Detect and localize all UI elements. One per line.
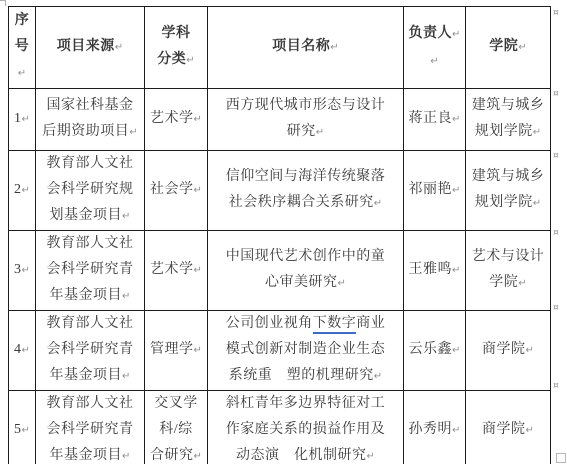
paragraph-mark-icon: ↵	[374, 198, 382, 209]
leader-name: 蒋正良	[409, 111, 453, 126]
leader-name: 王雅鸣	[409, 262, 453, 277]
discipline: 社会学	[150, 182, 194, 197]
header-college-label: 学院	[489, 39, 518, 54]
project-source: 教育部人文社 会科学研究青 年基金项目	[47, 396, 134, 463]
leader-name: 祁丽艳	[409, 182, 453, 197]
cell-r3-source[interactable]: 教育部人文社 会科学研究青 年基金项目↵	[36, 231, 145, 311]
end-of-row-mark-icon: ¤	[553, 382, 559, 391]
cell-r3-leader[interactable]: 王雅鸣↵	[404, 231, 466, 311]
project-name: 西方现代城市形态与设计 研究	[226, 98, 386, 139]
cell-r3-name[interactable]: 中国现代艺术创作中的童 心审美研究↵	[208, 231, 404, 311]
end-of-row-mark-icon: ¤	[553, 9, 559, 18]
cell-r1-index[interactable]: 1↵	[9, 89, 36, 151]
table-resize-handle[interactable]	[556, 453, 566, 463]
cell-r5-college[interactable]: 商学院↵	[466, 391, 551, 464]
paragraph-mark-icon: ↵	[452, 265, 460, 276]
paragraph-mark-icon: ↵	[115, 42, 123, 53]
cell-r1-college[interactable]: 建筑与城乡 规划学院↵	[466, 89, 551, 151]
project-name: 斜杠青年多边界特征对工 作家庭关系的损益作用及 动态演 化机制研究	[226, 396, 386, 463]
paragraph-mark-icon: ↵	[129, 127, 137, 138]
end-of-row-mark-icon: ¤	[553, 152, 559, 161]
paragraph-mark-icon: ↵	[22, 114, 30, 125]
cell-r2-discipline[interactable]: 社会学↵	[145, 151, 208, 231]
cell-r5-discipline[interactable]: 交叉学 科/综 合研究↵	[145, 391, 208, 464]
header-index-label: 序 号	[15, 13, 30, 54]
paragraph-mark-icon: ↵	[533, 198, 541, 209]
cell-r4-index[interactable]: 4↵	[9, 311, 36, 391]
paragraph-mark-icon: ↵	[430, 56, 438, 67]
cell-r4-leader[interactable]: 云乐鑫↵	[404, 311, 466, 391]
project-source: 教育部人文社 会科学研究青 年基金项目	[47, 236, 134, 303]
discipline: 艺术学	[150, 111, 194, 126]
leader-name: 孙秀明	[409, 422, 453, 437]
leader-name: 云乐鑫	[409, 342, 453, 357]
paragraph-mark-icon: ↵	[330, 42, 338, 53]
paragraph-mark-icon: ↵	[526, 425, 534, 436]
college-name: 商学院	[482, 342, 526, 357]
paragraph-mark-icon: ↵	[452, 345, 460, 356]
row-index: 3	[14, 262, 22, 277]
project-source: 教育部人文社 会科学研究青 年基金项目	[47, 316, 134, 383]
paragraph-mark-icon: ↵	[122, 211, 130, 222]
header-cell-leader[interactable]: 负责人↵↵	[404, 7, 466, 89]
paragraph-mark-icon: ↵	[194, 265, 202, 276]
paragraph-mark-icon: ↵	[22, 345, 30, 356]
cell-r5-leader[interactable]: 孙秀明↵	[404, 391, 466, 464]
discipline: 管理学	[150, 342, 194, 357]
paragraph-mark-icon: ↵	[452, 185, 460, 196]
college-name: 商学院	[482, 422, 526, 437]
table-row: 5↵ 教育部人文社 会科学研究青 年基金项目↵ 交叉学 科/综 合研究↵ 斜杠青…	[9, 391, 551, 464]
discipline: 交叉学 科/综 合研究	[150, 396, 198, 463]
paragraph-mark-icon: ↵	[186, 55, 194, 66]
cell-r5-source[interactable]: 教育部人文社 会科学研究青 年基金项目↵	[36, 391, 145, 464]
cell-r4-discipline[interactable]: 管理学↵	[145, 311, 208, 391]
paragraph-mark-icon: ↵	[452, 114, 460, 125]
paragraph-mark-icon: ↵	[452, 29, 460, 40]
table-row: 4↵ 教育部人文社 会科学研究青 年基金项目↵ 管理学↵ 公司创业视角下数字商业…	[9, 311, 551, 391]
paragraph-mark-icon: ↵	[18, 68, 26, 79]
project-source: 教育部人文社 会科学研究规 划基金项目	[47, 156, 134, 223]
college-name: 艺术与设计 学院	[472, 249, 545, 290]
paragraph-mark-icon: ↵	[526, 345, 534, 356]
row-index: 1	[14, 111, 22, 126]
paragraph-mark-icon: ↵	[518, 42, 526, 53]
end-of-row-mark-icon: ¤	[553, 90, 559, 99]
paragraph-mark-icon: ↵	[452, 425, 460, 436]
paragraph-mark-icon: ↵	[533, 127, 541, 138]
cell-r4-name[interactable]: 公司创业视角下数字商业 模式创新对制造企业生态 系统重 塑的机理研究↵	[208, 311, 404, 391]
end-of-row-mark-icon: ¤	[553, 304, 559, 313]
paragraph-mark-icon: ↵	[194, 451, 202, 462]
document-page: 序 号↵ 项目来源↵ 学科 分类↵ 项目名称↵ 负责人↵↵ 学院↵ 1↵ 国家社…	[0, 0, 567, 464]
cell-r2-name[interactable]: 信仰空间与海洋传统聚落 社会秩序耦合关系研究↵	[208, 151, 404, 231]
project-name: 中国现代艺术创作中的童 心审美研究	[226, 249, 386, 290]
cell-r2-source[interactable]: 教育部人文社 会科学研究规 划基金项目↵	[36, 151, 145, 231]
cell-r5-name[interactable]: 斜杠青年多边界特征对工 作家庭关系的损益作用及 动态演 化机制研究↵	[208, 391, 404, 464]
project-name: 信仰空间与海洋传统聚落 社会秩序耦合关系研究	[226, 169, 386, 210]
header-source-label: 项目来源	[57, 39, 115, 54]
row-index: 4	[14, 342, 22, 357]
paragraph-mark-icon: ↵	[22, 265, 30, 276]
header-leader-label: 负责人	[409, 26, 453, 41]
header-cell-index[interactable]: 序 号↵	[9, 7, 36, 89]
paragraph-mark-icon: ↵	[374, 371, 382, 382]
paragraph-mark-icon: ↵	[122, 291, 130, 302]
cell-r1-name[interactable]: 西方现代城市形态与设计 研究↵	[208, 89, 404, 151]
underlined-text: 下数字	[313, 316, 357, 334]
paragraph-mark-icon: ↵	[338, 278, 346, 289]
cell-r5-index[interactable]: 5↵	[9, 391, 36, 464]
project-source: 国家社科基金 后期资助项目	[42, 98, 133, 139]
paragraph-mark-icon: ↵	[194, 114, 202, 125]
paragraph-mark-icon: ↵	[22, 185, 30, 196]
paragraph-mark-icon: ↵	[122, 371, 130, 382]
header-cell-college[interactable]: 学院↵	[466, 7, 551, 89]
paragraph-mark-icon: ↵	[518, 278, 526, 289]
table-row: 2↵ 教育部人文社 会科学研究规 划基金项目↵ 社会学↵ 信仰空间与海洋传统聚落…	[9, 151, 551, 231]
cell-r3-index[interactable]: 3↵	[9, 231, 36, 311]
table-anchor-mark-icon	[0, 0, 6, 6]
header-cell-source[interactable]: 项目来源↵	[36, 7, 145, 89]
paragraph-mark-icon: ↵	[122, 451, 130, 462]
cell-r4-source[interactable]: 教育部人文社 会科学研究青 年基金项目↵	[36, 311, 145, 391]
paragraph-mark-icon: ↵	[194, 185, 202, 196]
cell-r1-source[interactable]: 国家社科基金 后期资助项目↵	[36, 89, 145, 151]
end-of-row-mark-icon: ¤	[553, 229, 559, 238]
header-cell-discipline[interactable]: 学科 分类↵	[145, 7, 208, 89]
paragraph-mark-icon: ↵	[194, 345, 202, 356]
cell-r1-leader[interactable]: 蒋正良↵	[404, 89, 466, 151]
row-index: 5	[14, 422, 22, 437]
paragraph-mark-icon: ↵	[22, 425, 30, 436]
paragraph-mark-icon: ↵	[316, 127, 324, 138]
header-cell-name[interactable]: 项目名称↵	[208, 7, 404, 89]
cell-r3-college[interactable]: 艺术与设计 学院↵	[466, 231, 551, 311]
project-name-part: 公司创业视角	[226, 316, 313, 331]
cell-r2-index[interactable]: 2↵	[9, 151, 36, 231]
cell-r2-leader[interactable]: 祁丽艳↵	[404, 151, 466, 231]
row-index: 2	[14, 182, 22, 197]
table-row: 1↵ 国家社科基金 后期资助项目↵ 艺术学↵ 西方现代城市形态与设计 研究↵ 蒋…	[9, 89, 551, 151]
header-row: 序 号↵ 项目来源↵ 学科 分类↵ 项目名称↵ 负责人↵↵ 学院↵	[9, 7, 551, 89]
cell-r2-college[interactable]: 建筑与城乡 规划学院↵	[466, 151, 551, 231]
discipline: 艺术学	[150, 262, 194, 277]
header-name-label: 项目名称	[272, 39, 330, 54]
cell-r3-discipline[interactable]: 艺术学↵	[145, 231, 208, 311]
cell-r4-college[interactable]: 商学院↵	[466, 311, 551, 391]
projects-table: 序 号↵ 项目来源↵ 学科 分类↵ 项目名称↵ 负责人↵↵ 学院↵ 1↵ 国家社…	[8, 6, 551, 464]
cell-r1-discipline[interactable]: 艺术学↵	[145, 89, 208, 151]
table-row: 3↵ 教育部人文社 会科学研究青 年基金项目↵ 艺术学↵ 中国现代艺术创作中的童…	[9, 231, 551, 311]
paragraph-mark-icon: ↵	[367, 451, 375, 462]
